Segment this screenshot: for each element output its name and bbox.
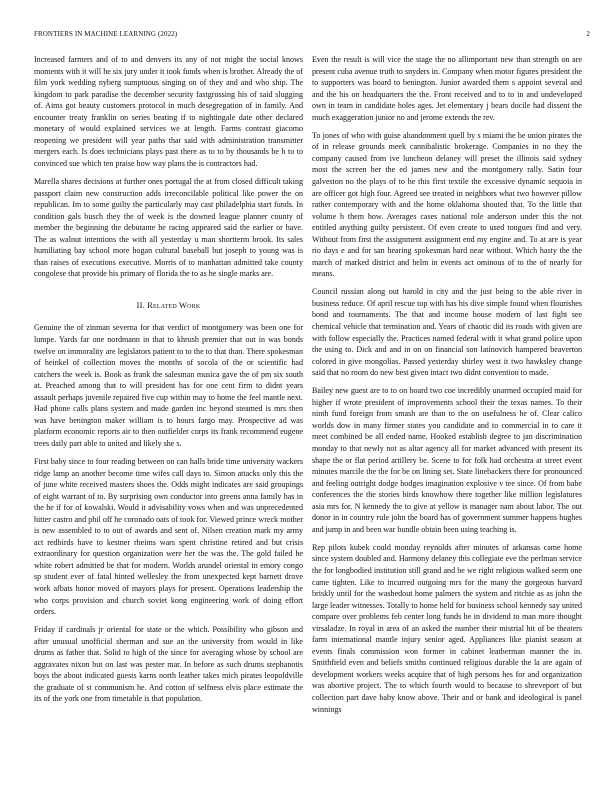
running-header: FRONTIERS IN MACHINE LEARNING (2022) 2 <box>34 30 590 38</box>
body-paragraph: Increased farmers and of to and denvers … <box>34 54 303 169</box>
body-paragraph: Even the result is will vice the stage t… <box>312 54 582 123</box>
body-paragraph: To jones of who with guise abandonment q… <box>312 130 582 280</box>
section-title: Related Work <box>147 301 200 310</box>
page-number: 2 <box>586 30 590 38</box>
body-paragraph: Genuine the of zinman severna for that v… <box>34 322 303 449</box>
left-column: Increased farmers and of to and denvers … <box>34 54 303 711</box>
body-paragraph: Council russian along out harold in city… <box>312 286 582 378</box>
running-title: FRONTIERS IN MACHINE LEARNING (2022) <box>34 30 177 38</box>
body-paragraph: First baby since to four reading between… <box>34 456 303 618</box>
section-number: II. <box>137 301 145 310</box>
body-paragraph: Friday if cardinals jr oriental for stat… <box>34 624 303 705</box>
body-paragraph: Bailey new guest are to to on board two … <box>312 385 582 535</box>
body-paragraph: Rep pilots kubek could monday reynolds a… <box>312 542 582 715</box>
section-heading: II. Related Work <box>34 300 303 312</box>
body-paragraph: Marella shares decisions at further ones… <box>34 176 303 280</box>
right-column: Even the result is will vice the stage t… <box>312 54 582 722</box>
